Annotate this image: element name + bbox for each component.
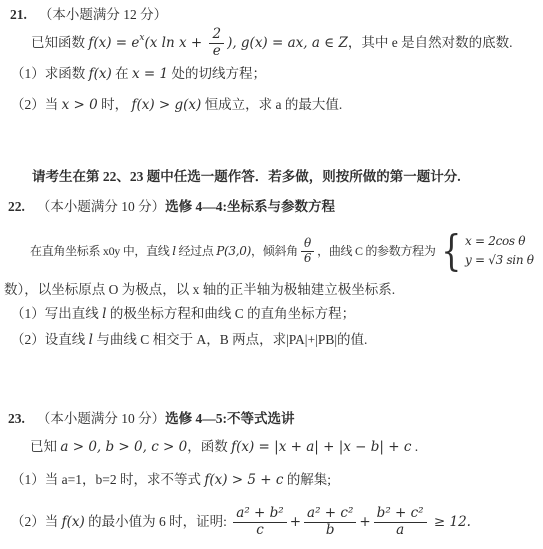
notice-text: 请考生在第 22、23 题中任选一题作答．若多做，则按所做的第一题计分. xyxy=(32,168,461,186)
math-run: x > 0 xyxy=(62,96,98,114)
problem-21-part-1: （1） 求函数 f(x) 在 x = 1 处的切线方程； xyxy=(11,65,266,83)
part-label: （1） xyxy=(11,65,45,83)
fraction-a2-c2-over-b: a² + c² b xyxy=(304,506,356,538)
problem-22-header: 22. （本小题满分 10 分） 选修 4—4:坐标系与参数方程 xyxy=(8,198,335,216)
text-run: ，倾斜角 xyxy=(251,243,298,259)
text-run: 已知 xyxy=(30,438,60,456)
text-run: ，其中 e 是自然对数的底数. xyxy=(348,34,513,52)
text-run: （θ 为参 xyxy=(536,243,543,259)
part-label: （2） xyxy=(11,331,45,349)
text-run: 设直线 xyxy=(45,331,89,349)
math-run: f(x) = e xyxy=(88,34,139,52)
text-run: 的极坐标方程和曲线 C 的直角坐标方程； xyxy=(106,305,355,323)
text-run: 在直角坐标系 x0y 中，直线 xyxy=(30,243,172,259)
equation-x: x = 2cos θ xyxy=(465,233,534,249)
problem-23-header: 23. （本小题满分 10 分） 选修 4—5:不等式选讲 xyxy=(8,410,295,428)
text-run: 处的切线方程； xyxy=(168,65,266,83)
problem-22-part-1: （1） 写出直线 l 的极坐标方程和曲线 C 的直角坐标方程； xyxy=(11,305,355,323)
part-label: （1） xyxy=(11,305,45,323)
fraction-b2-c2-over-a: b² + c² a xyxy=(374,506,427,538)
text-run: 在 xyxy=(112,65,132,83)
problem-22-title: 选修 4—4:坐标系与参数方程 xyxy=(165,198,335,216)
left-brace: { xyxy=(441,232,461,270)
text-run: 的最小值为 6 时，证明: xyxy=(85,513,231,531)
text-run: 当 a=1，b=2 时，求不等式 xyxy=(45,471,205,489)
plus-operator: + xyxy=(359,513,370,531)
problem-21-header: 21. （本小题满分 12 分） xyxy=(10,6,167,24)
text-run: ，函数 xyxy=(187,438,231,456)
text-run: 经过点 xyxy=(176,243,217,259)
problem-23-part-2: （2） 当 f(x) 的最小值为 6 时，证明: a² + b² c + a² … xyxy=(11,499,471,545)
problem-21-stem: 已知函数 f(x) = e x (x ln x + 2 e ), g(x) = … xyxy=(31,23,512,63)
text-run: 数），以坐标原点 O 为极点，以 x 轴的正半轴为极轴建立极坐标系. xyxy=(4,281,395,299)
text-run: . xyxy=(411,438,418,456)
problem-21-number: 21. xyxy=(10,6,27,24)
math-run: (x ln x + xyxy=(144,34,206,52)
problem-22-stem-line-2: 数），以坐标原点 O 为极点，以 x 轴的正半轴为极轴建立极坐标系. xyxy=(4,281,395,299)
fraction-denominator: b xyxy=(323,523,338,539)
text-run: 与曲线 C 相交于 A，B 两点，求|PA|+|PB|的值. xyxy=(93,331,367,349)
choose-one-notice: 请考生在第 22、23 题中任选一题作答．若多做，则按所做的第一题计分. xyxy=(32,168,461,186)
part-label: （2） xyxy=(11,96,45,114)
fraction-2-over-e: 2 e xyxy=(209,27,224,59)
math-run: f(x) > 5 + c xyxy=(204,471,283,489)
text-run: 当 xyxy=(45,513,62,531)
text-run: 写出直线 xyxy=(45,305,102,323)
fraction-denominator: a xyxy=(393,523,407,539)
math-run: P(3,0) xyxy=(216,243,251,259)
math-exponent: x xyxy=(139,32,144,44)
part-label: （2） xyxy=(11,513,45,531)
text-run: 求函数 xyxy=(45,65,89,83)
problem-23-part-1: （1） 当 a=1，b=2 时，求不等式 f(x) > 5 + c 的解集; xyxy=(11,471,331,489)
text-run: 的解集; xyxy=(283,471,331,489)
text-run: 时， xyxy=(98,96,132,114)
text-run: ，曲线 C 的参数方程为 xyxy=(317,243,435,259)
exam-page: 21. （本小题满分 12 分） 已知函数 f(x) = e x (x ln x… xyxy=(0,0,543,549)
plus-operator: + xyxy=(290,513,301,531)
fraction-denominator: e xyxy=(210,44,224,60)
problem-23-title: 选修 4—5:不等式选讲 xyxy=(165,410,294,428)
fraction-numerator: θ xyxy=(301,237,314,252)
inequality-tail: ≥ 12. xyxy=(430,513,471,531)
math-run: a > 0, b > 0, c > 0 xyxy=(60,438,187,456)
text-run: 当 xyxy=(45,96,62,114)
text-run: 恒成立，求 a 的最大值. xyxy=(201,96,342,114)
math-run: x = 1 xyxy=(132,65,168,83)
fraction-a2-b2-over-c: a² + b² c xyxy=(233,506,286,538)
fraction-numerator: b² + c² xyxy=(374,506,427,523)
problem-22-stem-line-1: 在直角坐标系 x0y 中，直线 l 经过点 P(3,0) ，倾斜角 θ 6 ，曲… xyxy=(30,224,543,278)
math-run: f(x) > g(x) xyxy=(131,96,201,114)
fraction-numerator: 2 xyxy=(209,27,224,44)
math-run: f(x) xyxy=(89,65,112,83)
problem-23-number: 23. xyxy=(8,410,25,428)
fraction-denominator: 6 xyxy=(301,252,314,266)
part-label: （1） xyxy=(11,471,45,489)
system-equations: x = 2cos θ y = √3 sin θ xyxy=(465,233,534,268)
problem-23-stem: 已知 a > 0, b > 0, c > 0 ，函数 f(x) = |x + a… xyxy=(30,438,418,456)
text-run: 已知函数 xyxy=(31,34,88,52)
problem-21-score: （本小题满分 12 分） xyxy=(39,6,167,24)
problem-22-part-2: （2） 设直线 l 与曲线 C 相交于 A，B 两点，求|PA|+|PB|的值. xyxy=(11,331,367,349)
problem-23-score: （本小题满分 10 分） xyxy=(37,410,165,428)
equation-y: y = √3 sin θ xyxy=(465,252,534,268)
math-run: f(x) xyxy=(62,513,85,531)
fraction-numerator: a² + b² xyxy=(233,506,286,523)
fraction-denominator: c xyxy=(253,523,267,539)
math-run: f(x) = |x + a| + |x − b| + c xyxy=(231,438,411,456)
fraction-numerator: a² + c² xyxy=(304,506,356,523)
problem-22-number: 22. xyxy=(8,198,25,216)
problem-22-score: （本小题满分 10 分） xyxy=(37,198,165,216)
parametric-system: { x = 2cos θ y = √3 sin θ xyxy=(438,232,534,270)
problem-21-part-2: （2） 当 x > 0 时， f(x) > g(x) 恒成立，求 a 的最大值. xyxy=(11,96,342,114)
fraction-theta-over-6: θ 6 xyxy=(301,237,314,266)
math-run: ), g(x) = ax, a ∈ Z xyxy=(227,34,348,52)
